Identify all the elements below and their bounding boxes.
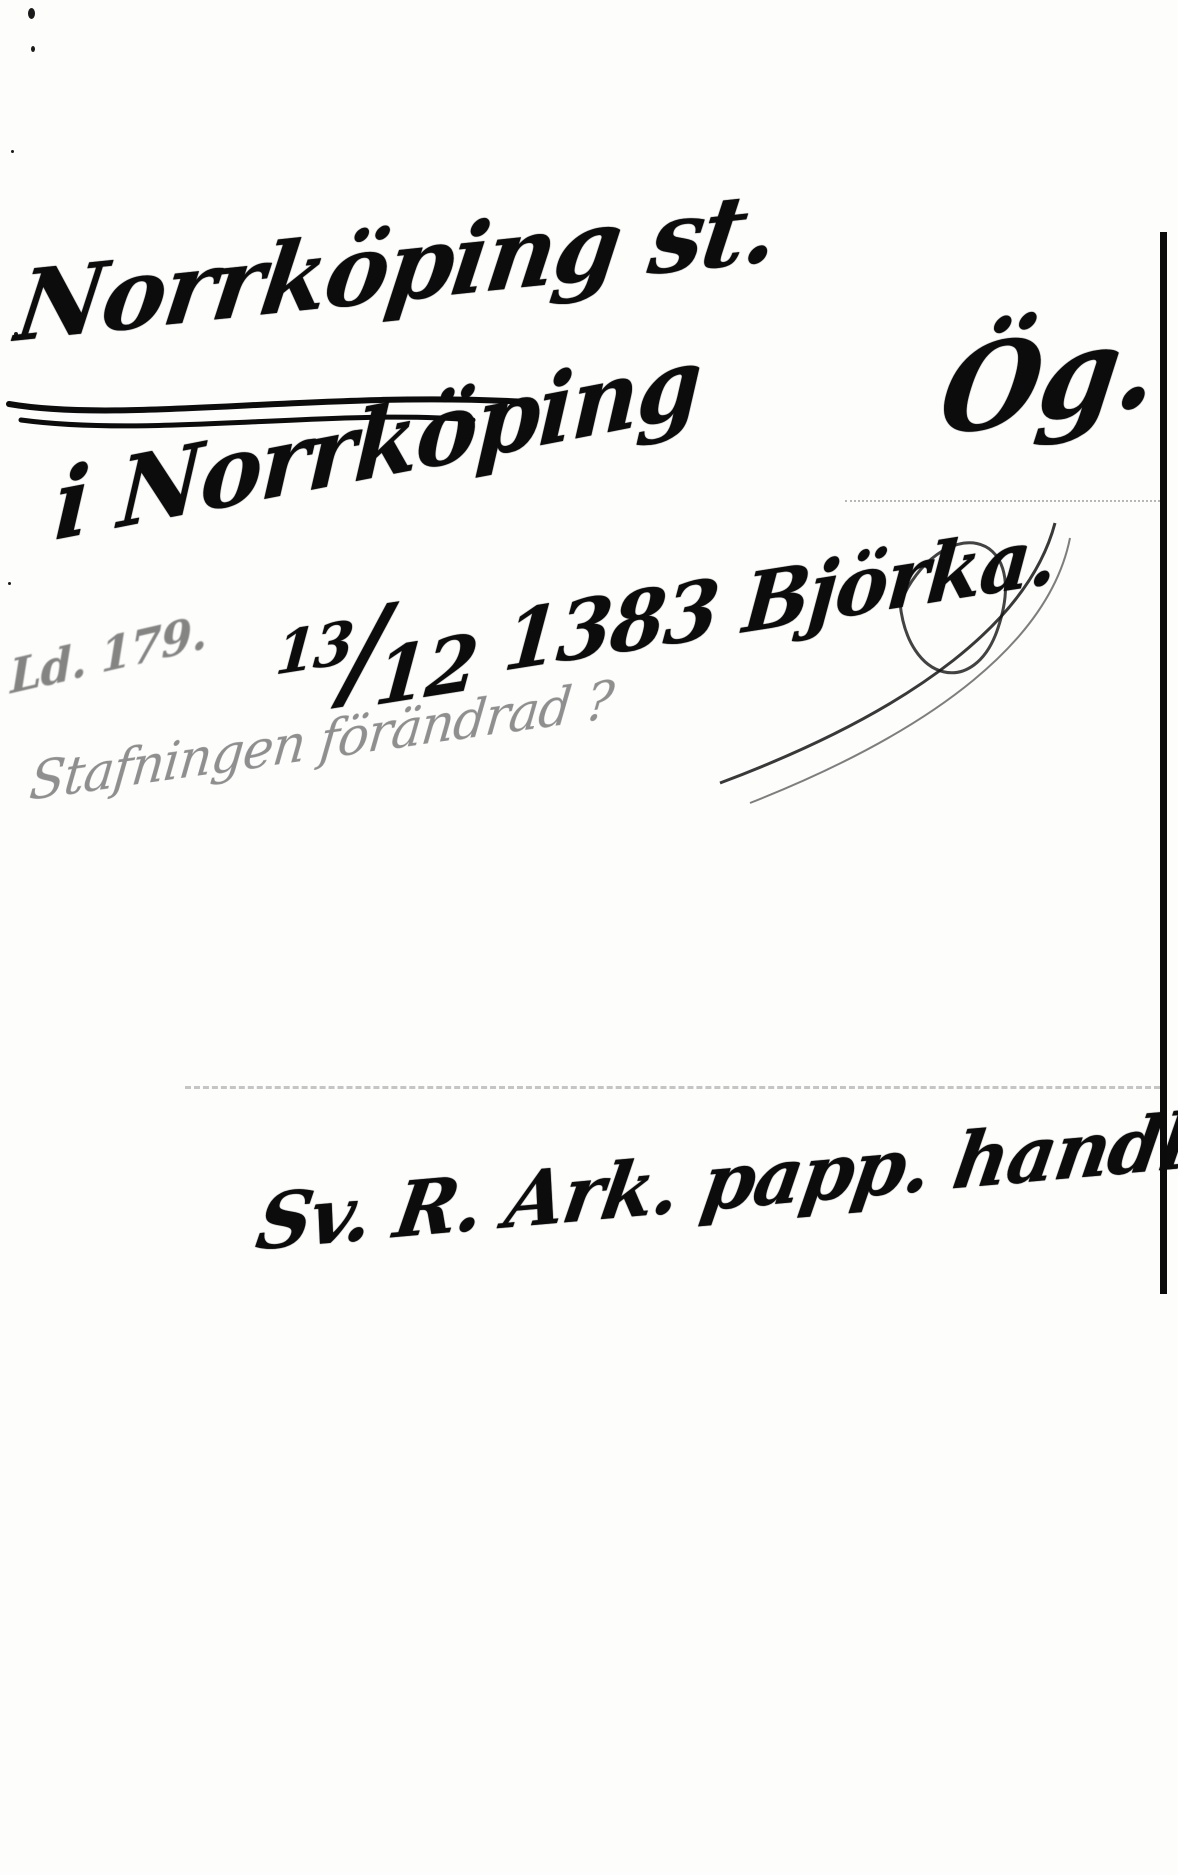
source-line: Sv. R. Ark. papp. handl. — [251, 1094, 1178, 1268]
scanned-document-page: Norrköping st. Ög. i Norrköping Ld. 179.… — [0, 0, 1178, 1875]
place-line: i Norrköping — [52, 325, 703, 564]
date-line: 13/121383 Björka. — [269, 472, 1063, 739]
scan-dotted-line-bottom — [185, 1086, 1160, 1089]
province-text: Ög. — [932, 294, 1165, 464]
scan-dotted-line-right — [845, 500, 1160, 502]
source-text: Sv. R. Ark. papp. handl. — [251, 1094, 1178, 1268]
date-year-and-place: 1383 Björka. — [500, 506, 1060, 690]
reference-text: Ld. 179. — [10, 604, 207, 704]
scan-speckle — [28, 8, 35, 19]
province-abbrev: Ög. — [932, 294, 1165, 464]
scan-speckle — [11, 150, 14, 153]
scan-border-right — [1160, 232, 1167, 1294]
scan-speckle — [8, 582, 11, 585]
reference-note: Ld. 179. — [10, 604, 207, 704]
place-text: i Norrköping — [52, 325, 703, 564]
scan-speckle — [31, 46, 35, 52]
